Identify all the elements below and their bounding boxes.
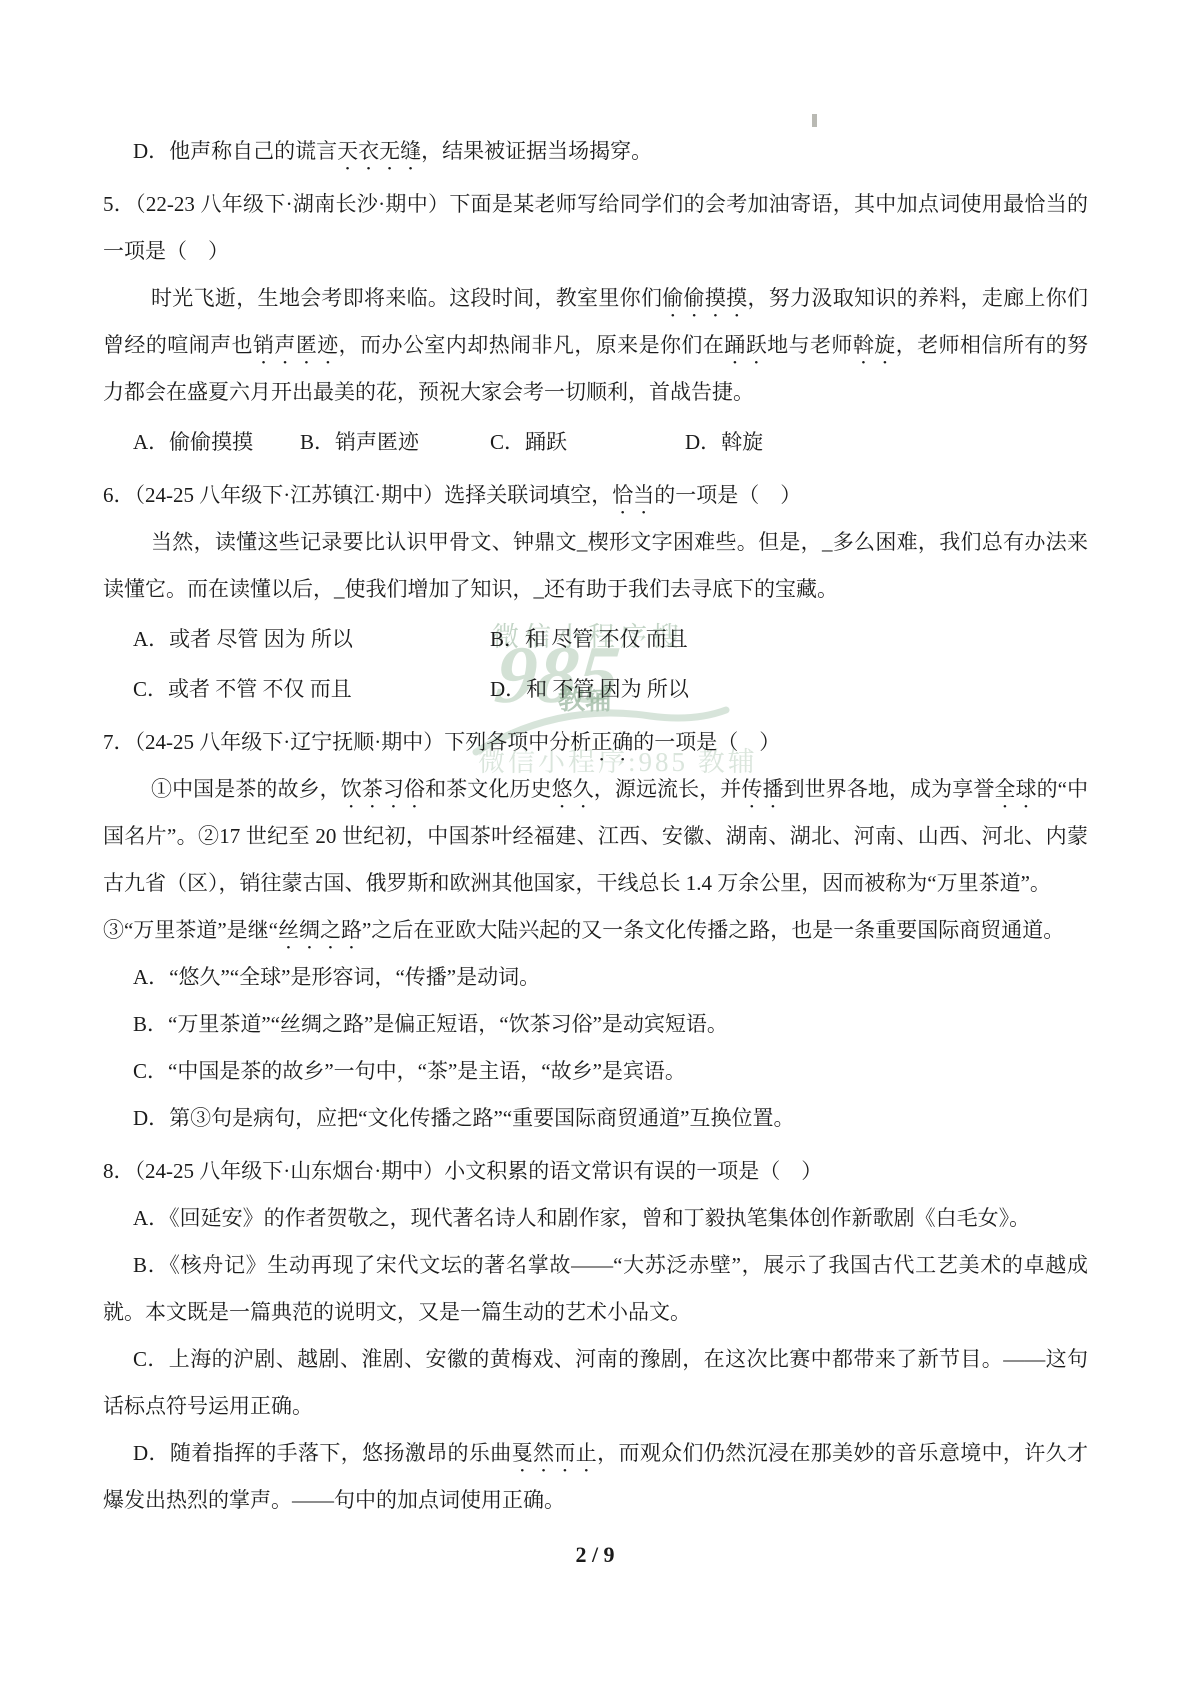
option-line: D．他声称自己的谎言天衣无缝，结果被证据当场揭穿。 — [103, 128, 1088, 175]
text-run: ，源远流长，并 — [594, 777, 742, 801]
text-run: 5．（22-23 八年级下·湖南长沙·期中）下面是某老师写给同学们的会考加油寄语… — [103, 192, 1088, 263]
option-cell: C．或者 不管 不仅 而且 — [133, 666, 490, 713]
emphasized-word: 天衣无缝 — [337, 139, 421, 163]
passage-paragraph: ③“万里茶道”是继“丝绸之路”之后在亚欧大陆兴起的又一条文化传播之路，也是一条重… — [103, 907, 1088, 954]
option-cell: A．偷偷摸摸 — [133, 419, 300, 466]
emphasized-word: 丝绸之路 — [278, 918, 362, 942]
options-row: C．或者 不管 不仅 而且D．和 不管 因为 所以 — [103, 666, 1088, 713]
text-run: 7．（24-25 八年级下·辽宁抚顺·期中）下列各项中分析 — [103, 730, 591, 754]
text-run: 当然，读懂这些记录要比认识甲骨文、钟鼎文_楔形文字困难些。但是，_多么困难，我们… — [103, 530, 1088, 601]
emphasized-word: 偷偷摸摸 — [662, 286, 747, 310]
document-body: D．他声称自己的谎言天衣无缝，结果被证据当场揭穿。5．（22-23 八年级下·湖… — [103, 128, 1088, 1524]
emphasized-word: 戛然而止 — [512, 1441, 597, 1465]
option-line: D．第③句是病句，应把“文化传播之路”“重要国际商贸通道”互换位置。 — [103, 1095, 1088, 1142]
emphasized-word: 全球 — [994, 777, 1036, 801]
emphasized-word: 销声匿迹 — [253, 333, 339, 357]
question-header: 6．（24-25 八年级下·江苏镇江·期中）选择关联词填空，恰当的一项是（ ） — [103, 472, 1088, 519]
option-line: B．“万里茶道”“丝绸之路”是偏正短语，“饮茶习俗”是动宾短语。 — [103, 1001, 1088, 1048]
question-header: 8．（24-25 八年级下·山东烟台·期中）小文积累的语文常识有误的一项是（ ） — [103, 1148, 1088, 1195]
option-cell: D．和 不管 因为 所以 — [490, 666, 689, 713]
emphasized-word: 斡旋 — [853, 333, 896, 357]
text-run: 地与老师 — [767, 333, 853, 357]
text-run: 时光飞逝，生地会考即将来临。这段时间，教室里你们 — [151, 286, 662, 310]
text-run: C．“中国是茶的故乡”一句中，“茶”是主语，“故乡”是宾语。 — [133, 1059, 686, 1083]
option-cell: B．和 尽管 不仅 而且 — [490, 616, 688, 663]
option-line: B．《核舟记》生动再现了宋代文坛的著名掌故——“大苏泛赤壁”，展示了我国古代工艺… — [103, 1242, 1088, 1336]
text-run: C．上海的沪剧、越剧、淮剧、安徽的黄梅戏、河南的豫剧，在这次比赛中都带来了新节目… — [103, 1347, 1088, 1418]
option-line: C．“中国是茶的故乡”一句中，“茶”是主语，“故乡”是宾语。 — [103, 1048, 1088, 1095]
option-cell: B．销声匿迹 — [300, 419, 490, 466]
option-line: D．随着指挥的手落下，悠扬激昂的乐曲戛然而止，而观众们仍然沉浸在那美妙的音乐意境… — [103, 1430, 1088, 1524]
option-cell: D．斡旋 — [685, 419, 763, 466]
text-run: ，结果被证据当场揭穿。 — [421, 139, 652, 163]
emphasized-word: 传播 — [741, 777, 783, 801]
text-run: ①中国是茶的故乡， — [151, 777, 341, 801]
text-run: D．他声称自己的谎言 — [133, 139, 337, 163]
text-run: A．《回延安》的作者贺敬之，现代著名诗人和剧作家，曾和丁毅执笔集体创作新歌剧《白… — [133, 1206, 1030, 1230]
text-run: ”之后在亚欧大陆兴起的又一条文化传播之路，也是一条重要国际商贸通道。 — [362, 918, 1064, 942]
text-run: ③“万里茶道”是继“ — [103, 918, 278, 942]
text-run: B．“万里茶道”“丝绸之路”是偏正短语，“饮茶习俗”是动宾短语。 — [133, 1012, 728, 1036]
passage-paragraph: 时光飞逝，生地会考即将来临。这段时间，教室里你们偷偷摸摸，努力汲取知识的养料，走… — [103, 275, 1088, 416]
emphasized-word: 悠久 — [552, 777, 594, 801]
text-run: 到世界各地，成为享誉 — [784, 777, 995, 801]
text-run: A．“悠久”“全球”是形容词，“传播”是动词。 — [133, 965, 540, 989]
options-row: A．或者 尽管 因为 所以B．和 尽管 不仅 而且 — [103, 616, 1088, 663]
passage-paragraph: 当然，读懂这些记录要比认识甲骨文、钟鼎文_楔形文字困难些。但是，_多么困难，我们… — [103, 519, 1088, 613]
emphasized-word: 恰当 — [612, 483, 654, 507]
option-line: A．《回延安》的作者贺敬之，现代著名诗人和剧作家，曾和丁毅执笔集体创作新歌剧《白… — [103, 1195, 1088, 1242]
text-run: 和茶文化历史 — [425, 777, 552, 801]
text-run: 的一项是（ ） — [633, 730, 780, 754]
option-cell: A．或者 尽管 因为 所以 — [133, 616, 490, 663]
page-number: 2 / 9 — [0, 1542, 1190, 1568]
emphasized-word: 正确 — [591, 730, 633, 754]
question-header: 5．（22-23 八年级下·湖南长沙·期中）下面是某老师写给同学们的会考加油寄语… — [103, 181, 1088, 275]
text-run: ，而办公室内却热闹非凡，原来是你们在 — [339, 333, 725, 357]
text-run: B．《核舟记》生动再现了宋代文坛的著名掌故——“大苏泛赤壁”，展示了我国古代工艺… — [103, 1253, 1088, 1324]
option-line: A．“悠久”“全球”是形容词，“传播”是动词。 — [103, 954, 1088, 1001]
option-line: C．上海的沪剧、越剧、淮剧、安徽的黄梅戏、河南的豫剧，在这次比赛中都带来了新节目… — [103, 1336, 1088, 1430]
text-run: D．随着指挥的手落下，悠扬激昂的乐曲 — [133, 1441, 512, 1465]
passage-paragraph: ①中国是茶的故乡，饮茶习俗和茶文化历史悠久，源远流长，并传播到世界各地，成为享誉… — [103, 766, 1088, 907]
emphasized-word: 饮茶习俗 — [341, 777, 425, 801]
option-cell: C．踊跃 — [490, 419, 685, 466]
question-header: 7．（24-25 八年级下·辽宁抚顺·期中）下列各项中分析正确的一项是（ ） — [103, 719, 1088, 766]
text-run: 的一项是（ ） — [654, 483, 801, 507]
text-run: D．第③句是病句，应把“文化传播之路”“重要国际商贸通道”互换位置。 — [133, 1106, 794, 1130]
text-run: 8．（24-25 八年级下·山东烟台·期中）小文积累的语文常识有误的一项是（ ） — [103, 1159, 822, 1183]
text-run: 6．（24-25 八年级下·江苏镇江·期中）选择关联词填空， — [103, 483, 612, 507]
options-row: A．偷偷摸摸B．销声匿迹C．踊跃D．斡旋 — [103, 419, 1088, 466]
scan-artifact-speck — [812, 114, 817, 127]
emphasized-word: 踊跃 — [724, 333, 767, 357]
